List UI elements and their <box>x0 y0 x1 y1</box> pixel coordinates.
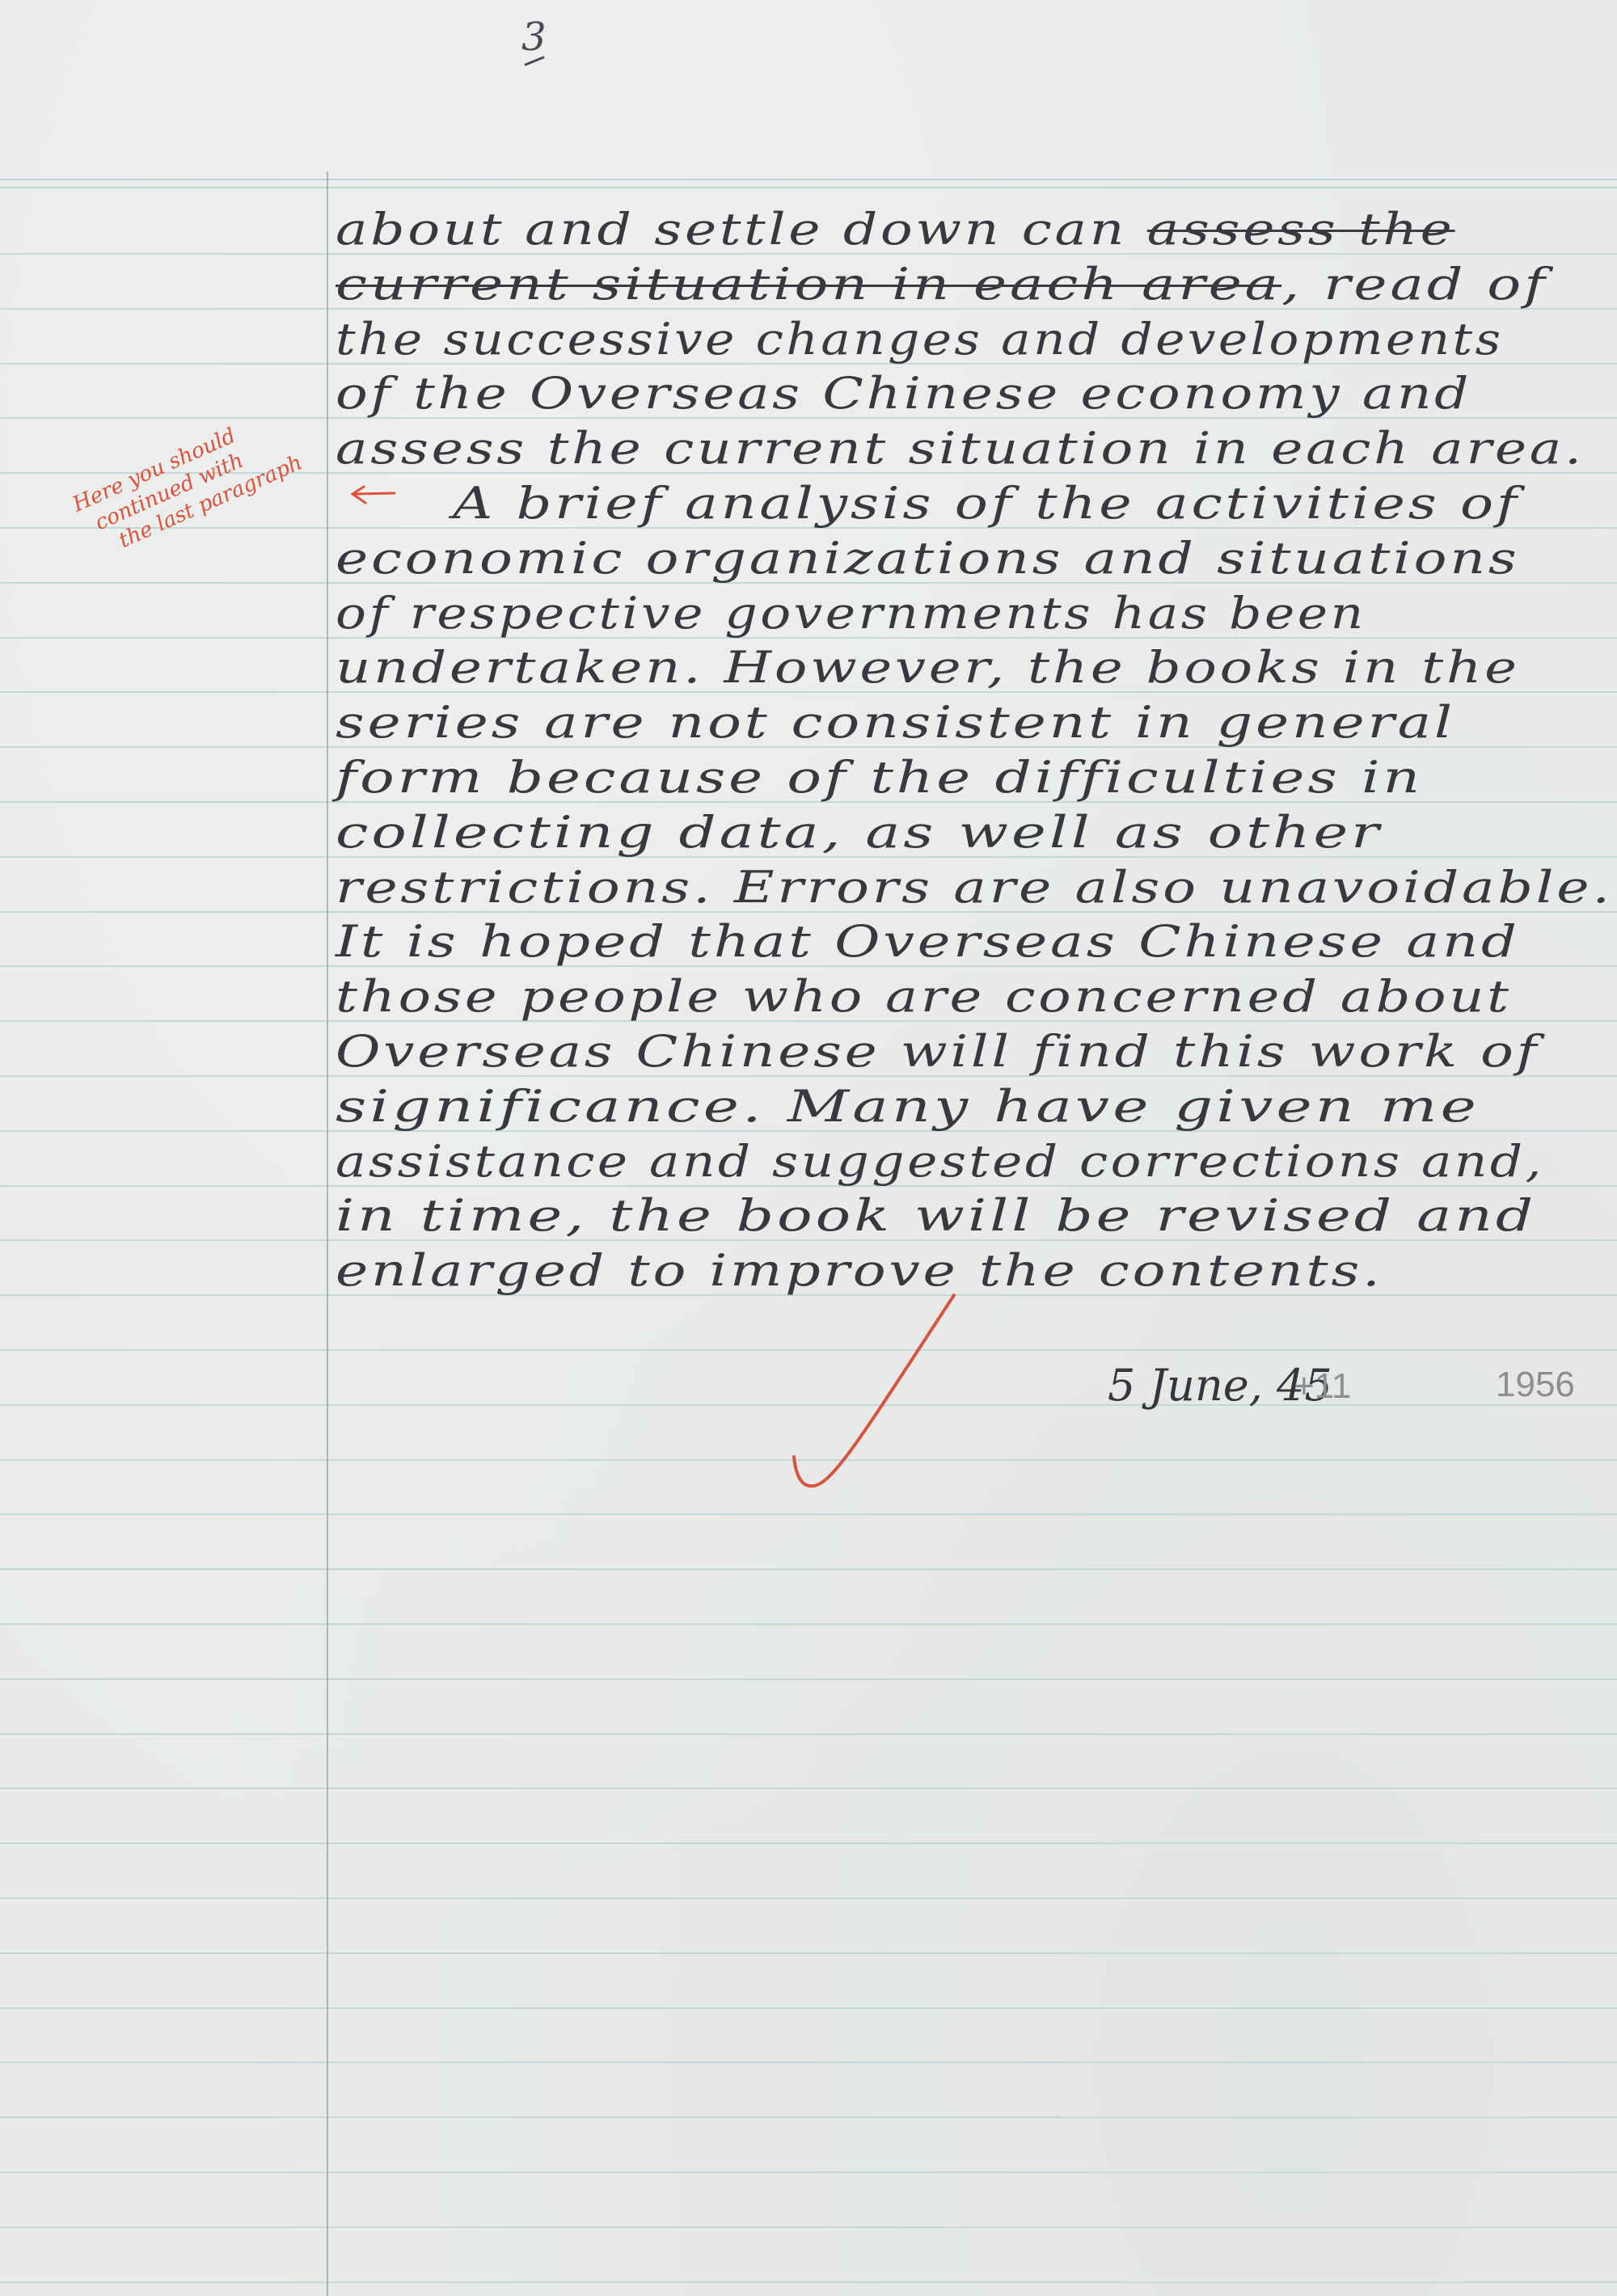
ruled-line <box>0 2117 1617 2118</box>
handwritten-line: Overseas Chinese will find this work of <box>336 1030 1539 1074</box>
ruled-line <box>0 1897 1617 1899</box>
line-text: It is hoped that Overseas Chinese and <box>336 916 1520 967</box>
struck-text: current situation in each area <box>336 259 1281 310</box>
struck-text: assess the <box>1147 204 1455 255</box>
line-text: form because of the difficulties in <box>336 752 1423 803</box>
line-text: undertaken. However, the books in the <box>336 642 1520 693</box>
handwritten-line: collecting data, as well as other <box>336 811 1383 855</box>
handwritten-line: about and settle down can assess the <box>336 208 1455 251</box>
date-pencil-offset: +11 <box>1294 1366 1351 1407</box>
line-text: Overseas Chinese will find this work of <box>336 1026 1539 1077</box>
page-number: 3 <box>521 15 547 60</box>
handwritten-line: form because of the difficulties in <box>336 756 1423 800</box>
line-text: series are not consistent in general <box>336 697 1455 748</box>
handwritten-line: A brief analysis of the activities of <box>453 482 1520 525</box>
line-text: assess the current situation in each are… <box>336 423 1585 474</box>
ruled-line <box>0 1623 1617 1625</box>
line-text: economic organizations and situations <box>336 533 1519 584</box>
date-pencil-year: 1956 <box>1496 1365 1575 1405</box>
line-text: assistance and suggested corrections and… <box>336 1136 1544 1187</box>
ruled-line <box>0 187 1617 188</box>
handwritten-line: assistance and suggested corrections and… <box>336 1140 1544 1184</box>
ruled-line <box>0 1787 1617 1789</box>
handwritten-line: current situation in each area, read of <box>336 263 1548 306</box>
ruled-line <box>0 1678 1617 1680</box>
ruled-line <box>0 1733 1617 1735</box>
handwritten-line: restrictions. Errors are also unavoidabl… <box>336 866 1613 910</box>
handwritten-line: It is hoped that Overseas Chinese and <box>336 920 1520 964</box>
ruled-line <box>0 179 1617 180</box>
ruled-line <box>0 1568 1617 1570</box>
handwritten-line: undertaken. However, the books in the <box>336 646 1520 690</box>
checkmark-icon <box>776 1285 970 1504</box>
handwritten-line: those people who are concerned about <box>336 975 1512 1019</box>
handwritten-line: of the Overseas Chinese economy and <box>336 372 1471 416</box>
ruled-line <box>0 2062 1617 2063</box>
ruled-line <box>0 1513 1617 1515</box>
line-text: in time, the book will be revised and <box>336 1190 1536 1241</box>
handwritten-line: in time, the book will be revised and <box>336 1194 1536 1238</box>
line-text: collecting data, as well as other <box>336 807 1383 858</box>
line-text: the successive changes and developments <box>336 314 1503 365</box>
line-text: , read of <box>1281 259 1548 310</box>
line-text: of the Overseas Chinese economy and <box>336 368 1471 419</box>
handwritten-line: the successive changes and developments <box>336 318 1503 361</box>
handwritten-line: assess the current situation in each are… <box>336 427 1585 471</box>
handwritten-line: economic organizations and situations <box>336 537 1519 580</box>
line-text: of respective governments has been <box>336 588 1366 639</box>
handwritten-line: of respective governments has been <box>336 592 1366 635</box>
handwritten-line: significance. Many have given me <box>336 1085 1480 1129</box>
ruled-line <box>0 2007 1617 2009</box>
line-text: those people who are concerned about <box>336 971 1512 1022</box>
line-text: restrictions. Errors are also unavoidabl… <box>336 862 1613 913</box>
line-text: A brief analysis of the activities of <box>453 478 1520 529</box>
ruled-line <box>0 2281 1617 2283</box>
line-text: about and settle down can <box>336 204 1147 255</box>
ruled-line <box>0 1842 1617 1844</box>
ruled-line <box>0 1952 1617 1954</box>
arrow-left-icon <box>348 483 396 508</box>
ruled-line <box>0 2171 1617 2173</box>
line-text: significance. Many have given me <box>336 1081 1480 1132</box>
ruled-line <box>0 2226 1617 2228</box>
handwritten-line: series are not consistent in general <box>336 701 1455 745</box>
